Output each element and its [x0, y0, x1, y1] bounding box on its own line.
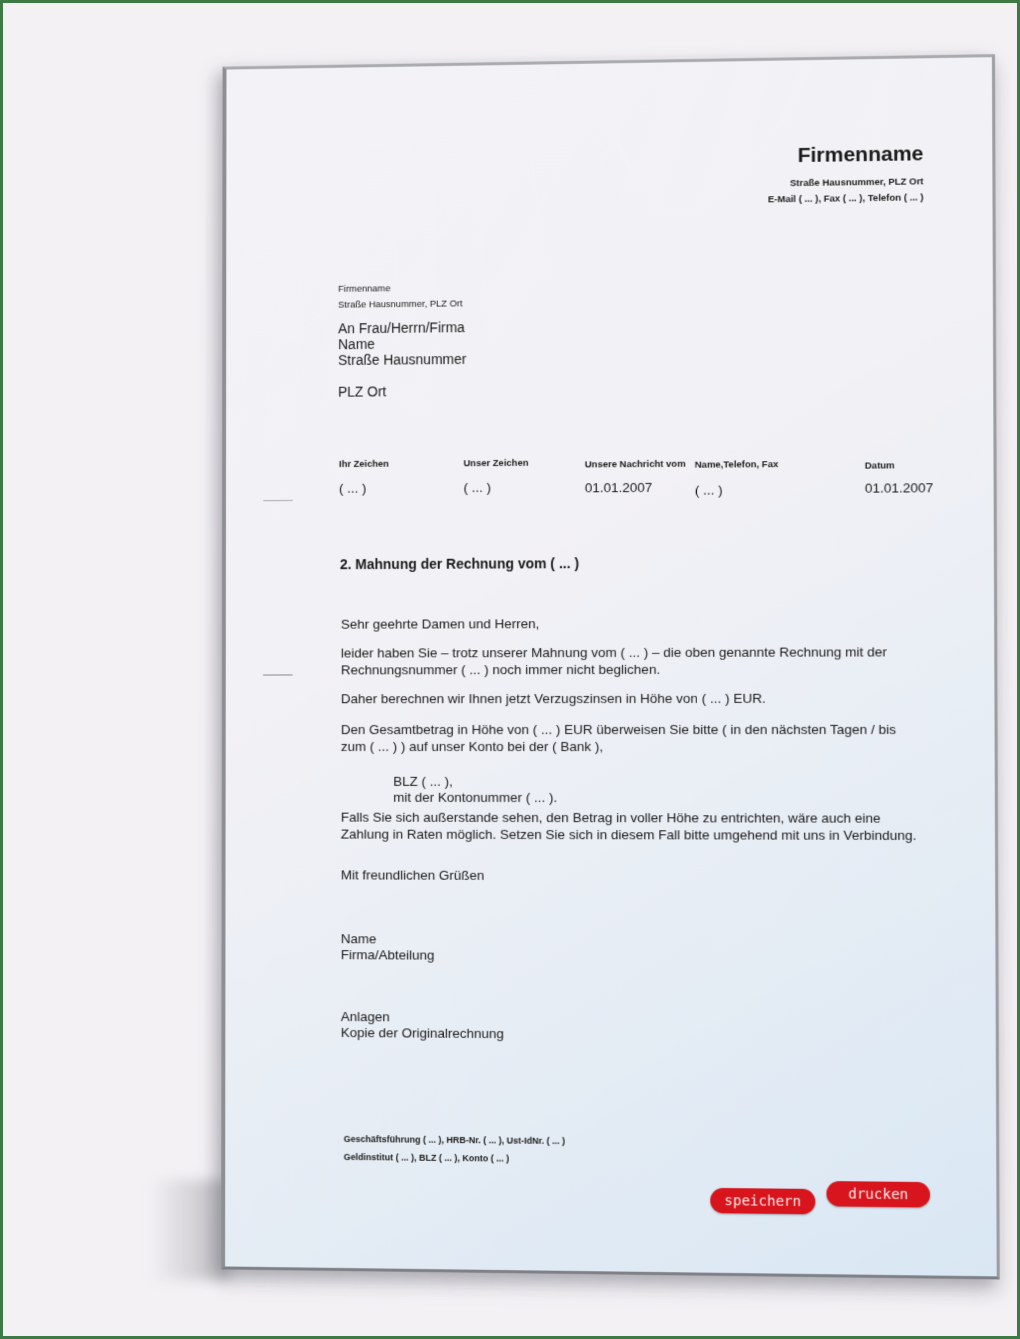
recipient-line-2: Name — [338, 336, 375, 353]
ref-label-unsere-nachricht: Unsere Nachricht vom — [585, 459, 686, 471]
bank-blz: BLZ ( ... ), — [393, 773, 965, 791]
fold-mark-top — [263, 500, 292, 501]
bank-account: mit der Kontonummer ( ... ). — [393, 789, 965, 807]
sender-company: Firmenname — [338, 283, 391, 294]
attachments-item: Kopie der Originalrechnung — [341, 1024, 913, 1045]
letterhead-contact: E-Mail ( ... ), Fax ( ... ), Telefon ( .… — [768, 192, 924, 205]
sender-address: Straße Hausnummer, PLZ Ort — [338, 298, 463, 310]
save-button[interactable]: speichern — [710, 1188, 815, 1214]
closing: Mit freundlichen Grüßen — [341, 866, 912, 885]
ref-value-unsere-nachricht: 01.01.2007 — [585, 480, 653, 495]
footer-line-2: Geldinstitut ( ... ), BLZ ( ... ), Konto… — [344, 1152, 509, 1164]
print-button[interactable]: drucken — [826, 1181, 930, 1207]
ref-value-name-telefon-fax: ( ... ) — [695, 483, 723, 498]
letter-page: Firmenname Straße Hausnummer, PLZ Ort E-… — [221, 54, 1000, 1279]
ref-value-datum: 01.01.2007 — [865, 480, 933, 495]
salutation: Sehr geehrte Damen und Herren, — [341, 614, 911, 633]
fold-mark-middle — [263, 674, 293, 675]
footer-line-1: Geschäftsführung ( ... ), HRB-Nr. ( ... … — [344, 1134, 565, 1146]
body-paragraph-1: leider haben Sie – trotz unserer Mahnung… — [341, 643, 911, 678]
document-preview: Firmenname Straße Hausnummer, PLZ Ort E-… — [221, 54, 1000, 1279]
ref-label-datum: Datum — [865, 460, 895, 471]
body-paragraph-2: Daher berechnen wir Ihnen jetzt Verzugsz… — [341, 690, 911, 708]
recipient-line-3: Straße Hausnummer — [338, 351, 466, 369]
letterhead-address: Straße Hausnummer, PLZ Ort — [790, 176, 924, 189]
ref-value-ihr-zeichen: ( ... ) — [339, 481, 366, 496]
ref-label-name-telefon-fax: Name,Telefon, Fax — [695, 459, 779, 471]
ref-value-unser-zeichen: ( ... ) — [464, 480, 492, 495]
body-paragraph-4: Falls Sie sich außerstande sehen, den Be… — [341, 809, 927, 844]
recipient-line-4: PLZ Ort — [338, 383, 386, 400]
signature-department: Firma/Abteilung — [341, 946, 912, 966]
page-shadow — [150, 1180, 230, 1280]
ref-label-ihr-zeichen: Ihr Zeichen — [339, 459, 389, 470]
body-paragraph-3: Den Gesamtbetrag in Höhe von ( ... ) EUR… — [341, 721, 911, 755]
letter-subject: 2. Mahnung der Rechnung vom ( ... ) — [340, 555, 579, 572]
recipient-line-1: An Frau/Herrn/Firma — [338, 319, 465, 337]
ref-label-unser-zeichen: Unser Zeichen — [464, 458, 529, 469]
letterhead-company-name: Firmenname — [798, 142, 924, 168]
